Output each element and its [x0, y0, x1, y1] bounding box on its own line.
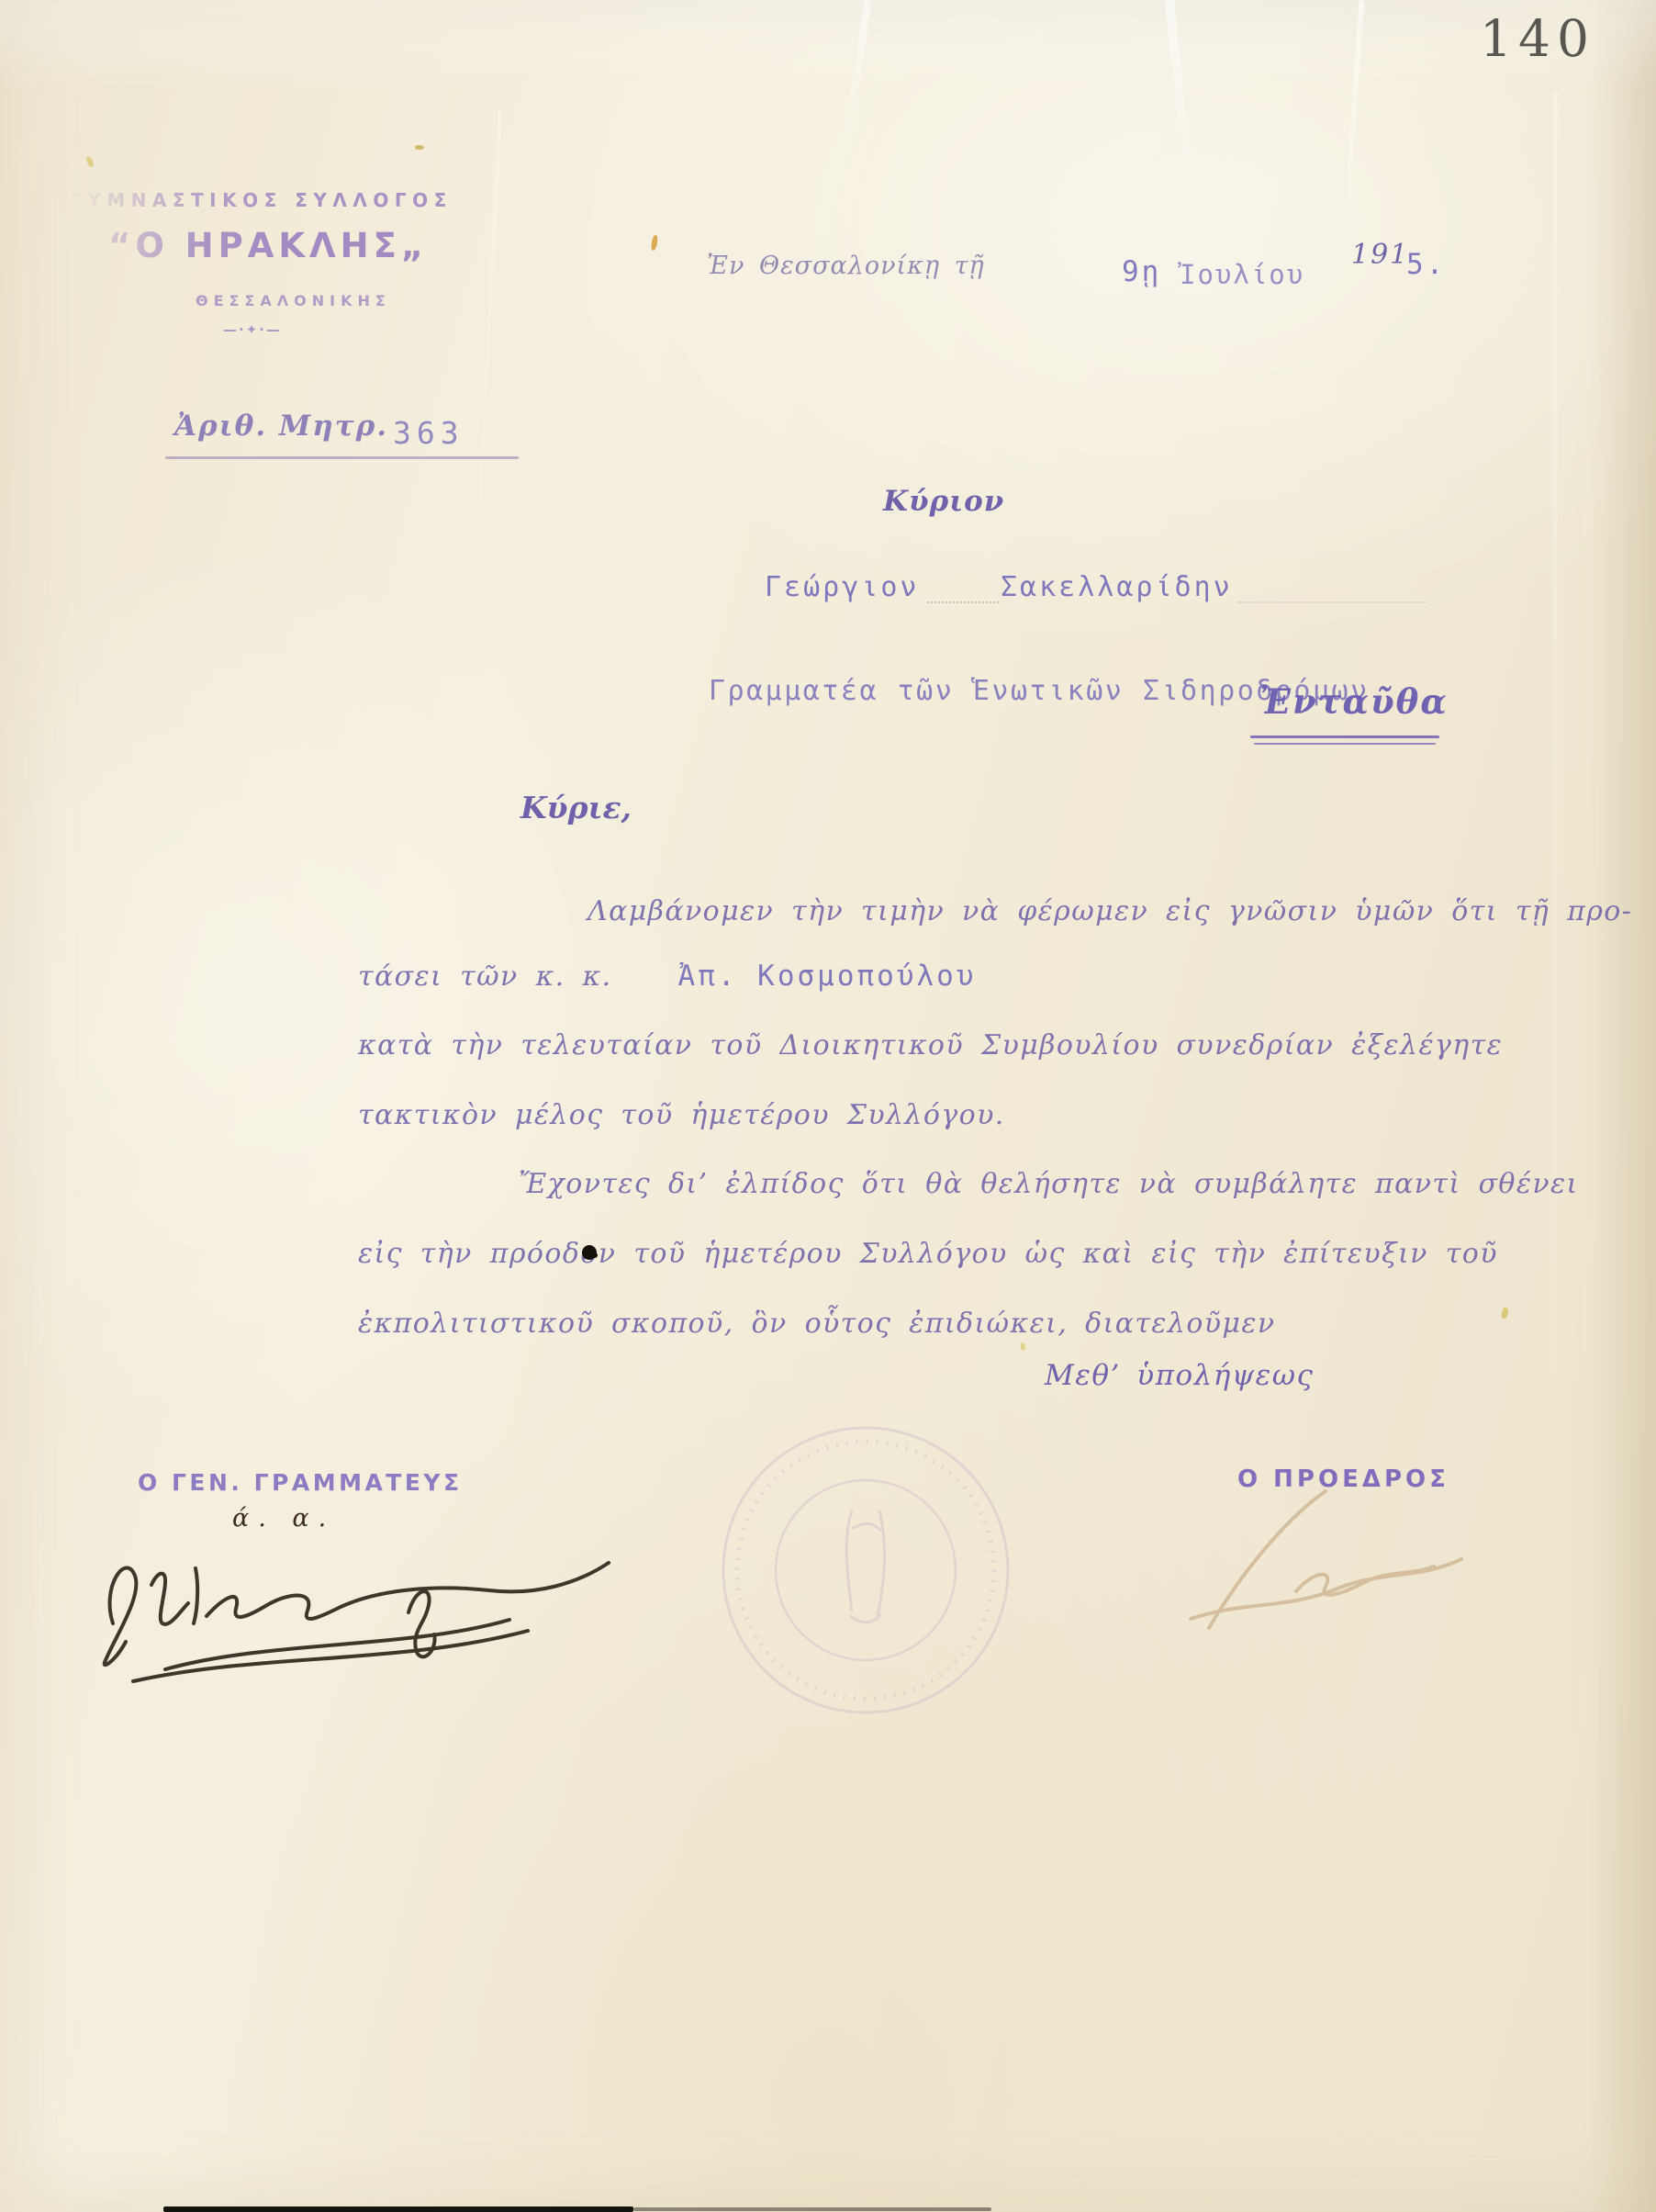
delivery-underline: [1250, 735, 1439, 738]
recipient-title: Κύριον: [883, 485, 1004, 518]
paper-crease: [1165, 0, 1194, 193]
paper-crease: [1340, 0, 1365, 275]
dateline-month-typed: Ἰουλίου: [1180, 259, 1304, 290]
paper-speck: [1021, 1342, 1025, 1351]
body-line: εἰς τὴν πρόοδον τοῦ ἡμετέρου Συλλόγου ὡς…: [358, 1238, 1498, 1270]
paper-speck: [415, 145, 424, 150]
delivery-underline: [1254, 743, 1436, 745]
page-number: 140: [1480, 9, 1595, 68]
dotted-leader: [1237, 601, 1426, 603]
body-line: Λαμβάνομεν τὴν τιμὴν νὰ φέρωμεν εἰς γνῶσ…: [587, 895, 1632, 927]
body-line-printed: τάσει τῶν κ. κ.: [358, 960, 612, 993]
dateline-year-typed: 5.: [1406, 248, 1446, 281]
body-line-typed-name: Ἀπ. Κοσμοπούλου: [678, 960, 977, 993]
letterhead-separator-ornament: —·✦·—: [223, 321, 282, 338]
scan-edge-artifact: [163, 2206, 633, 2212]
dateline-place-printed: Ἐν Θεσσαλονίκῃ τῇ: [707, 252, 985, 280]
document-page: 140 ΓΥΜΝΑΣΤΙΚΟΣ ΣΥΛΛΟΓΟΣ “Ο ΗΡΑΚΛΗΣ„ ΘΕΣ…: [0, 0, 1656, 2212]
registry-label: Ἀριθ. Μητρ.: [174, 410, 388, 443]
paper-speck: [1501, 1307, 1510, 1319]
closing-phrase: Μεθ’ ὑπολήψεως: [1045, 1359, 1314, 1392]
proxy-note-handwritten: ά. α.: [232, 1504, 335, 1533]
paper-speck: [650, 235, 658, 252]
secretary-signature: [78, 1532, 629, 1692]
paper-crease: [844, 0, 871, 147]
body-line: κατὰ τὴν τελευταίαν τοῦ Διοικητικοῦ Συμβ…: [358, 1029, 1503, 1061]
dateline-year-printed: 191: [1351, 239, 1409, 271]
paper-speck: [85, 155, 95, 167]
salutation: Κύριε,: [520, 790, 632, 825]
letterhead-org-name: “Ο ΗΡΑΚΛΗΣ„: [108, 226, 428, 265]
registry-underline: [165, 456, 519, 459]
recipient-name: Γεώργιον: [765, 571, 920, 603]
recipient-surname: Σακελλαρίδην: [1001, 571, 1233, 603]
delivery-here-stamp: Ἐνταῦθα: [1259, 681, 1449, 722]
president-signature: [1158, 1477, 1498, 1651]
paper-crease: [475, 110, 502, 569]
body-line: τακτικὸν μέλος τοῦ ἡμετέρου Συλλόγου.: [358, 1099, 1005, 1131]
ink-blot: [582, 1245, 597, 1260]
dateline-day-typed: 9ῃ: [1122, 255, 1161, 288]
body-line: Ἔχοντες δι’ ἐλπίδος ὅτι θὰ θελήσητε νὰ σ…: [519, 1168, 1579, 1200]
secretary-title-stamp: Ο ΓΕΝ. ΓΡΑΜΜΑΤΕΥΣ: [138, 1469, 463, 1496]
club-seal: [714, 1419, 1017, 1722]
scan-edge-artifact: [633, 2207, 991, 2211]
registry-number: 363: [393, 415, 464, 451]
letterhead-city: ΘΕΣΣΑΛΟΝΙΚΗΣ: [196, 292, 391, 309]
paper-crease: [1553, 92, 1558, 1836]
body-line: ἐκπολιτιστικοῦ σκοποῦ, ὃν οὗτος ἐπιδιώκε…: [358, 1308, 1275, 1340]
dotted-leader: [927, 601, 999, 603]
letterhead-org-line: ΓΥΜΝΑΣΤΙΚΟΣ ΣΥΛΛΟΓΟΣ: [70, 189, 453, 211]
